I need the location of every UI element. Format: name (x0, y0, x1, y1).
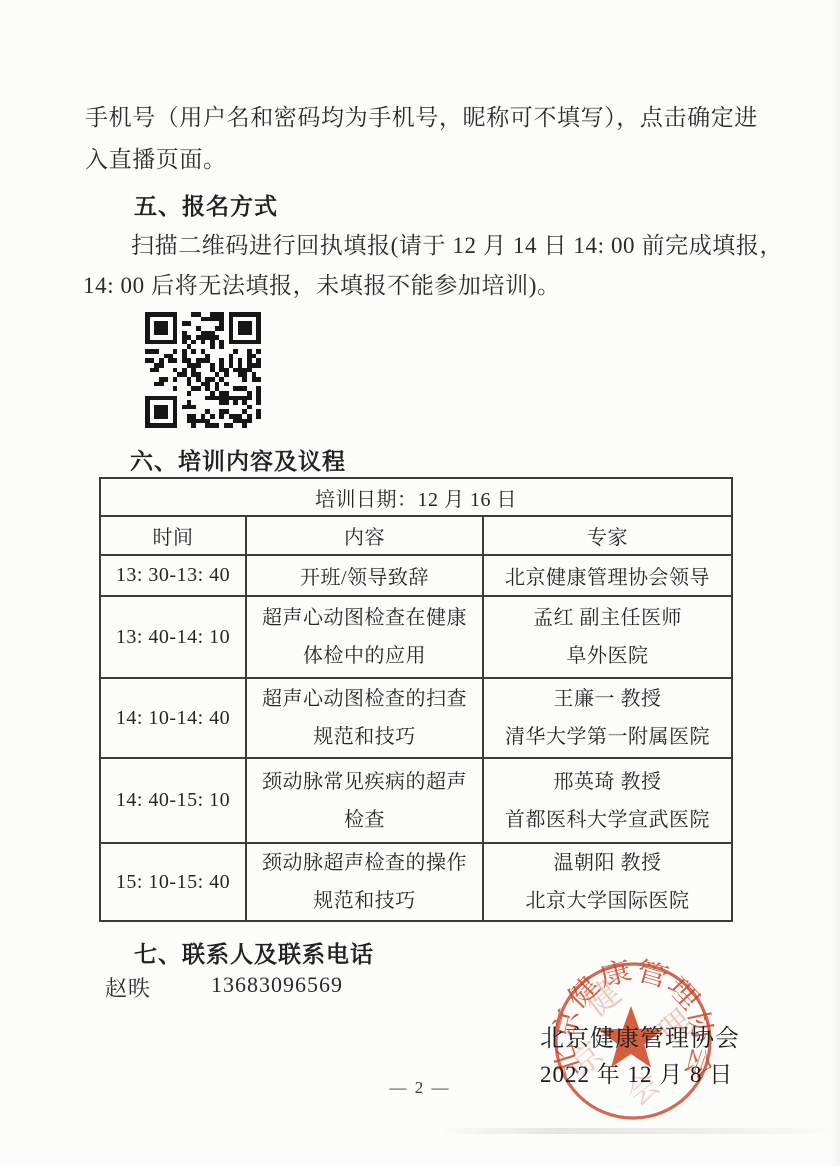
column-header-expert: 专家 (483, 516, 732, 555)
training-date-header: 培训日期：12 月 16 日 (100, 478, 732, 516)
cell-content: 开班/领导致辞 (246, 555, 483, 596)
cell-line: 清华大学第一附属医院 (484, 718, 731, 756)
page-number: — 2 — (0, 1078, 840, 1098)
section-7-heading: 七、联系人及联系电话 (134, 936, 374, 969)
signature-org: 北京健康管理协会 (540, 1018, 740, 1053)
contact-phone: 13683096569 (211, 972, 343, 1003)
cell-expert: 北京健康管理协会领导 (483, 555, 732, 596)
section-5-line-2: 14: 00 后将无法填报，未填报不能参加培训)。 (83, 272, 561, 300)
cell-line: 超声心动图检查的扫查 (247, 680, 482, 718)
cell-line: 北京大学国际医院 (484, 882, 731, 920)
cell-content: 超声心动图检查在健康 体检中的应用 (246, 596, 483, 678)
cell-expert: 温朝阳 教授 北京大学国际医院 (483, 843, 732, 921)
cell-line: 邢英琦 教授 (484, 763, 731, 801)
scanned-document-page: 手机号（用户名和密码均为手机号，昵称可不填写），点击确定进 入直播页面。 五、报… (0, 0, 840, 1166)
qr-module (256, 423, 261, 428)
cell-line: 规范和技巧 (247, 882, 482, 920)
cell-content: 超声心动图检查的扫查 规范和技巧 (246, 678, 483, 758)
cell-line: 孟红 副主任医师 (484, 599, 731, 637)
intro-line-1: 手机号（用户名和密码均为手机号，昵称可不填写），点击确定进 (85, 104, 758, 132)
cell-time: 15: 10-15: 40 (100, 843, 246, 921)
contact-name: 赵昳 (105, 972, 151, 1003)
cell-line: 规范和技巧 (247, 718, 482, 756)
cell-expert: 王廉一 教授 清华大学第一附属医院 (483, 678, 732, 758)
cell-content: 颈动脉常见疾病的超声 检查 (246, 758, 483, 843)
table-header-row: 时间 内容 专家 (100, 516, 732, 555)
section-5-heading: 五、报名方式 (134, 188, 278, 221)
cell-time: 13: 30-13: 40 (100, 555, 246, 596)
table-row: 15: 10-15: 40 颈动脉超声检查的操作 规范和技巧 温朝阳 教授 北京… (100, 843, 732, 921)
table-row: 13: 40-14: 10 超声心动图检查在健康 体检中的应用 孟红 副主任医师… (100, 596, 732, 678)
cell-time: 13: 40-14: 10 (100, 596, 246, 678)
contact-row: 赵昳 13683096569 (105, 972, 343, 1003)
cell-line: 颈动脉常见疾病的超声 (247, 763, 482, 801)
registration-qr-code (145, 312, 261, 428)
cell-expert: 邢英琦 教授 首都医科大学宣武医院 (483, 758, 732, 843)
cell-time: 14: 40-15: 10 (100, 758, 246, 843)
cell-line: 检查 (247, 801, 482, 839)
cell-line: 超声心动图检查在健康 (247, 599, 482, 637)
cell-expert: 孟红 副主任医师 阜外医院 (483, 596, 732, 678)
section-5-line-1: 扫描二维码进行回执填报(请于 12 月 14 日 14: 00 前完成填报， (131, 232, 783, 260)
table-row: 13: 30-13: 40 开班/领导致辞 北京健康管理协会领导 (100, 555, 732, 596)
cell-time: 14: 10-14: 40 (100, 678, 246, 758)
cell-line: 阜外医院 (484, 637, 731, 675)
intro-line-2: 入直播页面。 (85, 146, 227, 174)
agenda-table: 培训日期：12 月 16 日 时间 内容 专家 13: 30-13: 40 开班… (99, 477, 733, 922)
table-row: 培训日期：12 月 16 日 (100, 478, 732, 516)
column-header-time: 时间 (100, 516, 246, 555)
table-row: 14: 40-15: 10 颈动脉常见疾病的超声 检查 邢英琦 教授 首都医科大… (100, 758, 732, 843)
scan-smudge-artifact (440, 1128, 838, 1134)
cell-line: 体检中的应用 (247, 637, 482, 675)
cell-line: 颈动脉超声检查的操作 (247, 844, 482, 882)
table-row: 14: 10-14: 40 超声心动图检查的扫查 规范和技巧 王廉一 教授 清华… (100, 678, 732, 758)
column-header-content: 内容 (246, 516, 483, 555)
section-6-heading: 六、培训内容及议程 (130, 443, 346, 476)
cell-line: 温朝阳 教授 (484, 844, 731, 882)
cell-line: 王廉一 教授 (484, 680, 731, 718)
cell-content: 颈动脉超声检查的操作 规范和技巧 (246, 843, 483, 921)
cell-line: 首都医科大学宣武医院 (484, 801, 731, 839)
